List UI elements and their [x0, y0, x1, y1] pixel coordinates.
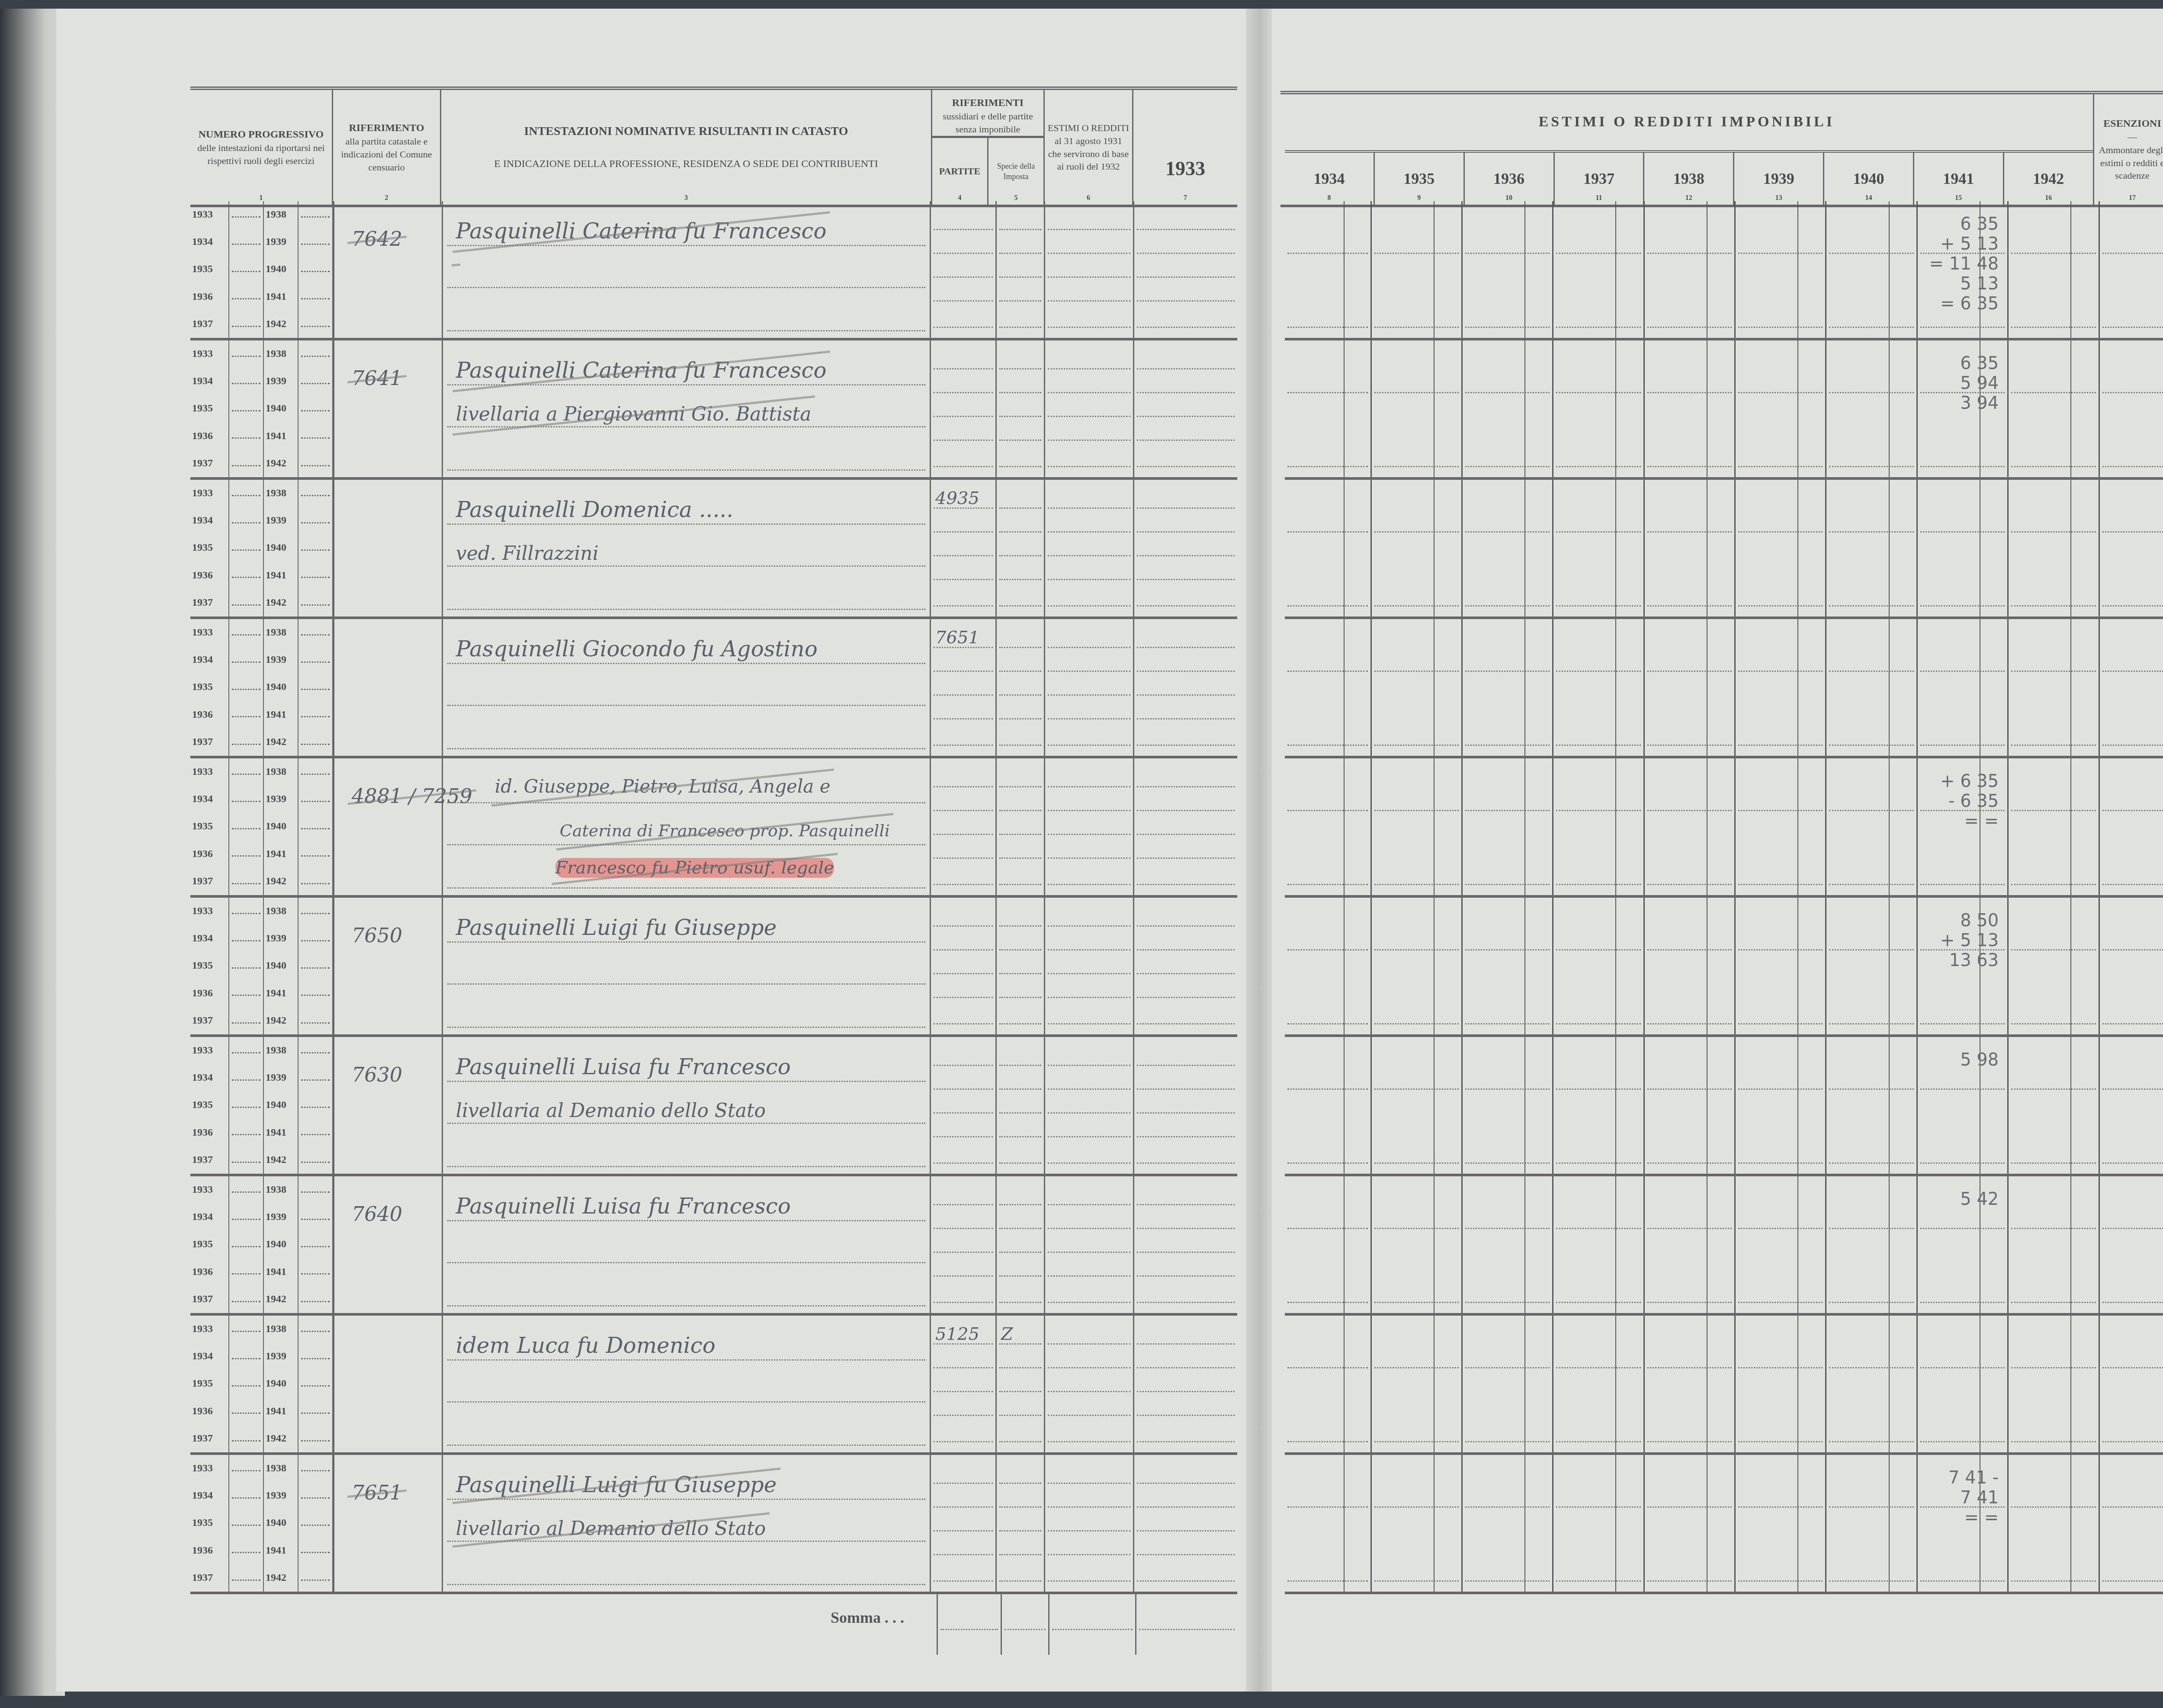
estimi-row: 7 41 - 7 41 = = — [1285, 1455, 2163, 1594]
year-label: 1942 — [264, 450, 298, 477]
reference-number: 7651 — [352, 1481, 402, 1504]
cents-column — [1707, 1176, 1734, 1313]
year-blank — [298, 1092, 333, 1119]
cents-column — [1707, 1037, 1734, 1174]
header-intestazioni: INTESTAZIONI NOMINATIVE RISULTANTI IN CA… — [441, 90, 932, 205]
cents-column — [2070, 201, 2098, 338]
year-label: 1938 — [264, 619, 298, 646]
cents-column — [2070, 480, 2098, 616]
year-blank — [298, 1564, 333, 1592]
ledger-entry: 1933193819341939193519401936194119371942… — [190, 201, 1237, 340]
year-label: 1942 — [264, 729, 298, 756]
cents-column — [1615, 201, 1643, 338]
cents-column — [1434, 758, 1461, 895]
ledger-entry: 1933193819341939193519401936194119371942… — [190, 1037, 1237, 1176]
year-label: 1934 — [190, 1482, 229, 1509]
year-label: 1939 — [264, 786, 298, 813]
estimi-year-cell — [1736, 898, 1826, 1034]
ledger-entry: 1933193819341939193519401936194119371942… — [190, 1455, 1237, 1594]
estimi-year-cell — [1553, 1316, 1644, 1452]
year-label: 1936 — [190, 1537, 229, 1564]
year-label: 1940 — [264, 395, 298, 422]
year-label: 1933 — [190, 480, 229, 507]
estimi-year-cell — [1463, 201, 1553, 338]
partita-reference: 7640 — [334, 1176, 443, 1313]
estimi-year-cell — [1645, 480, 1736, 616]
estimi-year-cell — [1372, 480, 1463, 616]
year-label: 1942 — [264, 1286, 298, 1313]
year-blank — [298, 1537, 333, 1564]
cents-column — [2070, 1176, 2098, 1313]
estimi-year-cell — [1463, 340, 1553, 477]
year-blank — [229, 1564, 264, 1592]
year-label: 1936 — [190, 1398, 229, 1425]
year-grid: 1933193819341939193519401936194119371942 — [190, 1316, 334, 1452]
cents-column — [1524, 1037, 1552, 1174]
header-partite: PARTITE4 — [932, 138, 987, 205]
estimi-year-cell — [1826, 619, 1917, 756]
year-headers: 19348 19359 193610 193711 193812 193913 … — [1285, 150, 2093, 205]
taxpayer-detail: livellario al Demanio dello Stato — [456, 1518, 766, 1540]
taxpayer-names: idem Luca fu Domenico — [443, 1316, 931, 1452]
year-label: 1938 — [264, 1176, 298, 1204]
reference-number: 7641 — [352, 366, 402, 390]
estimi-year-cell — [1645, 1176, 1736, 1313]
year-label: 1942 — [264, 1564, 298, 1592]
esenzioni-cell — [2100, 1316, 2163, 1452]
year-label: 1935 — [190, 1370, 229, 1397]
estimi-year-cell — [1826, 898, 1917, 1034]
year-blank — [229, 589, 264, 616]
estimi-1931-cell — [1045, 619, 1134, 756]
taxpayer-names: Pasquinelli Caterina fu Francescolivella… — [443, 340, 931, 477]
year-label: 1939 — [264, 1482, 298, 1509]
year-blank — [229, 1064, 264, 1092]
year-label: 1935 — [190, 952, 229, 979]
year-label: 1938 — [264, 1455, 298, 1482]
header-riferimento: RIFERIMENTO alla partita catastale e ind… — [333, 90, 441, 205]
taxpayer-names: Pasquinelli Caterina fu Francesco — [443, 201, 931, 338]
year-blank — [298, 1316, 333, 1343]
estimi-year-cell: 6 35 + 5 13 = 11 48 5 13 = 6 35 — [1918, 201, 2009, 338]
estimi-year-cell — [1645, 201, 1736, 338]
year-label: 1942 — [264, 1146, 298, 1174]
reference-number: 7642 — [352, 227, 402, 250]
estimi-year-cell — [1736, 758, 1826, 895]
year-blank — [229, 1092, 264, 1119]
cents-column — [2070, 340, 2098, 477]
cents-column — [1797, 1176, 1825, 1313]
estimi-year-cell — [2009, 340, 2099, 477]
cents-column — [1797, 898, 1825, 1034]
year-blank — [229, 340, 264, 368]
estimi-year-cell — [1736, 1455, 1826, 1592]
year-label: 1940 — [264, 1370, 298, 1397]
year-blank — [298, 786, 333, 813]
year-blank — [298, 1231, 333, 1258]
year-label: 1940 — [264, 952, 298, 979]
estimi-row: 6 35 5 94 3 94 — [1285, 340, 2163, 480]
cents-column — [1344, 1037, 1370, 1174]
year-label: 1938 — [264, 201, 298, 228]
header-year: 194115 — [1914, 153, 2004, 205]
ledger-entry: 1933193819341939193519401936194119371942… — [190, 619, 1237, 758]
year-blank — [229, 619, 264, 646]
book-edge-left — [0, 9, 65, 1696]
header-year: 194216 — [2004, 153, 2093, 205]
estimi-year-cell — [1736, 1316, 1826, 1452]
estimi-row: 5 98 — [1285, 1037, 2163, 1176]
year-blank — [298, 898, 333, 925]
year-blank — [298, 1425, 333, 1452]
header-year: 194014 — [1824, 153, 1914, 205]
year-label: 1939 — [264, 228, 298, 256]
estimi-1931-cell — [1045, 758, 1134, 895]
taxpayer-names: Pasquinelli Luigi fu Giuseppelivellario … — [443, 1455, 931, 1592]
partita-reference: 7630 — [334, 1037, 443, 1174]
year-label: 1937 — [190, 868, 229, 895]
estimi-year-cell — [1372, 898, 1463, 1034]
taxpayer-name: Pasquinelli Luisa fu Francesco — [456, 1194, 791, 1219]
somma-cell — [1135, 1594, 1237, 1655]
year-label: 1939 — [264, 1204, 298, 1231]
cents-column — [1615, 1455, 1643, 1592]
year-label: 1940 — [264, 256, 298, 283]
somma-row — [937, 1594, 1237, 1655]
partite-cell — [931, 1176, 997, 1313]
cents-column — [1889, 898, 1916, 1034]
year-label: 1937 — [190, 311, 229, 338]
estimi-year-cell — [1285, 1176, 1372, 1313]
estimi-year-cell — [1372, 201, 1463, 338]
estimi-year-cell: 7 41 - 7 41 = = — [1918, 1455, 2009, 1592]
estimi-year-cell — [1553, 1176, 1644, 1313]
partite-cell: 7651 — [931, 619, 997, 756]
year-grid: 1933193819341939193519401936194119371942 — [190, 340, 334, 477]
estimi-year-cell — [1463, 619, 1553, 756]
year-label: 1936 — [190, 562, 229, 589]
estimi-year-cell — [1372, 1176, 1463, 1313]
specie-cell — [997, 1037, 1045, 1174]
estimi-year-cell: 6 35 5 94 3 94 — [1918, 340, 2009, 477]
estimi-year-cell — [1463, 898, 1553, 1034]
cents-column — [1797, 758, 1825, 895]
year-blank — [298, 1204, 333, 1231]
year-label: 1941 — [264, 423, 298, 450]
reference-number: 7630 — [352, 1063, 402, 1086]
cents-column — [1980, 619, 2007, 756]
cents-column — [1615, 1316, 1643, 1452]
taxpayer-name: Pasquinelli Domenica ..... — [456, 497, 733, 522]
estimi-year-cell — [1372, 619, 1463, 756]
year-label: 1934 — [190, 646, 229, 674]
year-blank — [229, 395, 264, 422]
cents-column — [1980, 1316, 2007, 1452]
year-blank — [298, 311, 333, 338]
handwritten-calculation: 8 50 + 5 13 13 63 — [1940, 911, 1999, 970]
estimi-year-cell — [2009, 1037, 2099, 1174]
cents-column — [1889, 1037, 1916, 1174]
estimi-year-cell — [1463, 480, 1553, 616]
year-blank — [229, 1119, 264, 1146]
year-blank — [229, 1482, 264, 1509]
cents-column — [1707, 758, 1734, 895]
cents-column — [1889, 340, 1916, 477]
estimi-1931-cell — [1045, 1455, 1134, 1592]
partite-cell — [931, 1455, 997, 1592]
estimi-year-cell — [1553, 758, 1644, 895]
year-label: 1942 — [264, 1425, 298, 1452]
cents-column — [1434, 480, 1461, 616]
cents-column — [1707, 201, 1734, 338]
year-label: 1939 — [264, 1343, 298, 1370]
cents-column — [1344, 758, 1370, 895]
year-label: 1934 — [190, 368, 229, 395]
year-blank — [298, 1146, 333, 1174]
year-label: 1937 — [190, 1425, 229, 1452]
year-blank — [229, 1316, 264, 1343]
somma-cell — [1001, 1594, 1048, 1655]
year-1933-cell — [1134, 758, 1237, 895]
year-blank — [298, 1370, 333, 1397]
year-grid: 1933193819341939193519401936194119371942 — [190, 898, 334, 1034]
handwritten-calculation: 6 35 + 5 13 = 11 48 5 13 = 6 35 — [1929, 214, 1999, 314]
cents-column — [2070, 1037, 2098, 1174]
cents-column — [1797, 1455, 1825, 1592]
partite-cell — [931, 201, 997, 338]
estimi-year-cell — [1285, 1037, 1372, 1174]
esenzioni-cell — [2100, 1455, 2163, 1592]
cents-column — [1524, 340, 1552, 477]
year-label: 1937 — [190, 1007, 229, 1034]
reference-value: 5125 — [935, 1324, 979, 1344]
cents-column — [1615, 480, 1643, 616]
year-1933-cell — [1134, 480, 1237, 616]
cents-column — [2070, 758, 2098, 895]
year-label: 1942 — [264, 589, 298, 616]
estimi-year-cell — [1736, 1176, 1826, 1313]
cents-column — [1344, 619, 1370, 756]
year-blank — [229, 980, 264, 1007]
header-specie-imposta: Specie della Imposta5 — [987, 138, 1043, 205]
estimi-year-cell — [1826, 758, 1917, 895]
taxpayer-name: id. Giuseppe, Pietro, Luisa, Angela e — [495, 776, 831, 797]
year-label: 1942 — [264, 1007, 298, 1034]
cents-column — [1524, 758, 1552, 895]
year-label: 1934 — [190, 1064, 229, 1092]
year-1933-cell — [1134, 619, 1237, 756]
specie-cell — [997, 758, 1045, 895]
cents-column — [1344, 340, 1370, 477]
estimi-year-cell — [1285, 898, 1372, 1034]
cents-column — [1615, 898, 1643, 1034]
year-label: 1935 — [190, 813, 229, 840]
cents-column — [1434, 898, 1461, 1034]
year-blank — [229, 925, 264, 952]
taxpayer-names: Pasquinelli Luisa fu Francesco — [443, 1176, 931, 1313]
cents-column — [1524, 619, 1552, 756]
year-1933-cell — [1134, 1037, 1237, 1174]
estimi-year-cell — [1645, 898, 1736, 1034]
year-blank — [298, 340, 333, 368]
year-label: 1933 — [190, 758, 229, 786]
estimi-year-cell — [1285, 201, 1372, 338]
year-label: 1936 — [190, 1259, 229, 1286]
reference-number: 7640 — [352, 1202, 402, 1226]
estimi-year-cell — [1463, 1455, 1553, 1592]
reference-value: 4935 — [935, 488, 979, 508]
header-year: 19359 — [1375, 153, 1465, 205]
year-label: 1941 — [264, 562, 298, 589]
year-blank — [298, 1064, 333, 1092]
specie-cell — [997, 619, 1045, 756]
year-1933-cell — [1134, 898, 1237, 1034]
year-label: 1939 — [264, 507, 298, 534]
cents-column — [1707, 1316, 1734, 1452]
header-year: 193711 — [1555, 153, 1645, 205]
partita-reference — [334, 1316, 443, 1452]
estimi-row — [1285, 619, 2163, 758]
cents-column — [1434, 1455, 1461, 1592]
estimi-year-cell — [1736, 1037, 1826, 1174]
cents-column — [1889, 1176, 1916, 1313]
specie-cell — [997, 1455, 1045, 1592]
header-year-1933: 1933 7 — [1133, 90, 1237, 205]
estimi-1931-cell — [1045, 201, 1134, 338]
year-label: 1936 — [190, 841, 229, 868]
somma-cell — [937, 1594, 1001, 1655]
year-blank — [229, 228, 264, 256]
estimi-year-cell — [1645, 619, 1736, 756]
year-blank — [229, 311, 264, 338]
estimi-year-cell — [1285, 758, 1372, 895]
taxpayer-detail-red: Francesco fu Pietro usuf. legale — [555, 858, 834, 878]
cents-column — [1524, 480, 1552, 616]
ledger-entry: 1933193819341939193519401936194119371942… — [190, 480, 1237, 619]
taxpayer-name: Pasquinelli Caterina fu Francesco — [456, 218, 827, 244]
year-blank — [229, 1007, 264, 1034]
year-label: 1941 — [264, 980, 298, 1007]
taxpayer-name: Pasquinelli Caterina fu Francesco — [456, 358, 827, 383]
year-label: 1938 — [264, 898, 298, 925]
cents-column — [1615, 758, 1643, 895]
estimi-year-cell — [1826, 1176, 1917, 1313]
estimi-row: 6 35 + 5 13 = 11 48 5 13 = 6 35 — [1285, 201, 2163, 340]
handwritten-calculation: 5 42 — [1960, 1189, 1999, 1209]
cents-column — [1344, 898, 1370, 1034]
year-blank — [298, 1455, 333, 1482]
year-grid: 1933193819341939193519401936194119371942 — [190, 480, 334, 616]
estimi-year-cell — [1463, 1316, 1553, 1452]
year-blank — [229, 646, 264, 674]
estimi-year-cell: + 6 35 - 6 35 = = — [1918, 758, 2009, 895]
estimi-year-cell — [1826, 201, 1917, 338]
year-blank — [229, 868, 264, 895]
cents-column — [1344, 1455, 1370, 1592]
cents-column — [1615, 340, 1643, 477]
year-blank — [229, 898, 264, 925]
estimi-1931-cell — [1045, 340, 1134, 477]
year-label: 1936 — [190, 701, 229, 729]
book-gutter — [1246, 9, 1272, 1692]
taxpayer-names: Pasquinelli Luisa fu Francescolivellaria… — [443, 1037, 931, 1174]
handwritten-calculation: 7 41 - 7 41 = = — [1948, 1468, 1999, 1528]
estimi-year-cell — [1645, 758, 1736, 895]
year-blank — [298, 395, 333, 422]
taxpayer-name: idem Luca fu Domenico — [456, 1333, 716, 1358]
header-year: 193812 — [1644, 153, 1734, 205]
year-blank — [229, 1343, 264, 1370]
header-esenzioni: ESENZIONI — Ammontare degli estimi o red… — [2094, 94, 2163, 205]
year-blank — [298, 480, 333, 507]
estimi-year-cell — [2009, 201, 2099, 338]
cents-column — [2070, 1455, 2098, 1592]
cents-column — [1889, 201, 1916, 338]
estimi-row: 5 42 — [1285, 1176, 2163, 1316]
estimi-year-cell — [1285, 1316, 1372, 1452]
specie-cell — [997, 480, 1045, 616]
esenzioni-cell — [2100, 480, 2163, 616]
year-blank — [298, 1482, 333, 1509]
cents-column — [1344, 480, 1370, 616]
year-label: 1938 — [264, 480, 298, 507]
year-grid: 1933193819341939193519401936194119371942 — [190, 201, 334, 338]
cents-column — [1434, 1037, 1461, 1174]
cents-column — [1797, 340, 1825, 477]
estimi-year-cell — [1826, 1316, 1917, 1452]
specie-cell — [997, 898, 1045, 1034]
year-blank — [298, 952, 333, 979]
year-blank — [229, 1537, 264, 1564]
year-grid: 1933193819341939193519401936194119371942 — [190, 1037, 334, 1174]
year-blank — [229, 450, 264, 477]
cents-column — [1889, 480, 1916, 616]
year-label: 1939 — [264, 368, 298, 395]
ledger-entry: 1933193819341939193519401936194119371942… — [190, 758, 1237, 898]
estimi-year-cell — [1918, 480, 2009, 616]
estimi-year-cell — [1285, 340, 1372, 477]
estimi-year-cell — [1553, 1037, 1644, 1174]
year-label: 1933 — [190, 1037, 229, 1064]
year-1933-cell — [1134, 340, 1237, 477]
year-blank — [298, 450, 333, 477]
year-label: 1935 — [190, 1092, 229, 1119]
reference-value: 7651 — [935, 628, 979, 648]
cents-column — [2070, 898, 2098, 1034]
esenzioni-cell — [2100, 201, 2163, 338]
year-label: 1934 — [190, 507, 229, 534]
year-label: 1941 — [264, 1398, 298, 1425]
cents-column — [1889, 619, 1916, 756]
esenzioni-cell — [2100, 758, 2163, 895]
partite-cell — [931, 758, 997, 895]
year-label: 1935 — [190, 395, 229, 422]
estimi-year-cell — [1553, 619, 1644, 756]
cents-column — [1524, 1176, 1552, 1313]
esenzioni-cell — [2100, 619, 2163, 756]
cents-column — [1344, 1176, 1370, 1313]
estimi-row — [1285, 480, 2163, 619]
cents-column — [1707, 1455, 1734, 1592]
ledger-entry: 1933193819341939193519401936194119371942… — [190, 1316, 1237, 1455]
year-blank — [229, 701, 264, 729]
taxpayer-name: Pasquinelli Giocondo fu Agostino — [456, 636, 818, 661]
estimi-year-cell — [1826, 480, 1917, 616]
estimi-row: 8 50 + 5 13 13 63 — [1285, 898, 2163, 1037]
year-blank — [298, 1176, 333, 1204]
estimi-year-cell — [1918, 1316, 2009, 1452]
year-label: 1940 — [264, 1509, 298, 1537]
